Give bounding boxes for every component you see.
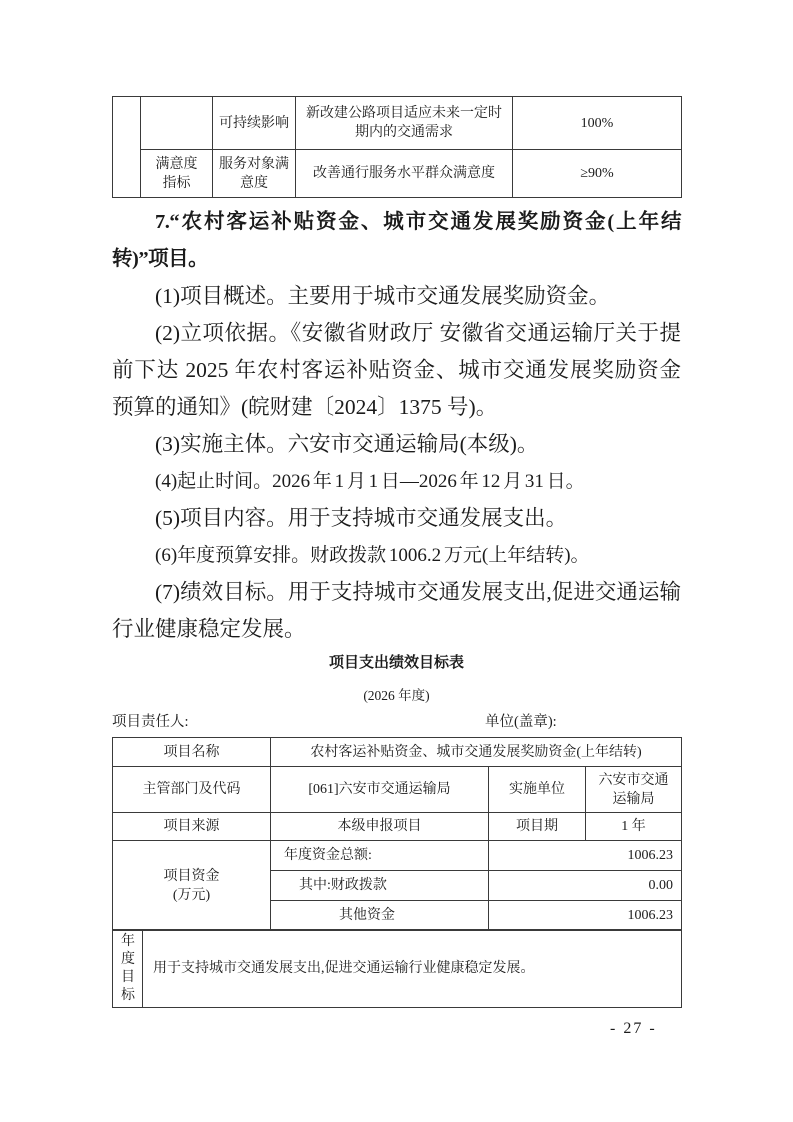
section-heading: 7.“农村客运补贴资金、城市交通发展奖励资金(上年结转)”项目。 <box>112 204 681 278</box>
source-label: 项目来源 <box>113 813 271 841</box>
dept-value: [061]六安市交通运输局 <box>271 767 489 813</box>
indicator-name-cell: 可持续影响 <box>213 97 296 150</box>
goal-table: 项目名称 农村客运补贴资金、城市交通发展奖励资金(上年结转) 主管部门及代码 [… <box>112 737 682 931</box>
indicator-table-fragment: 可持续影响 新改建公路项目适应未来一定时期内的交通需求 100% 满意度指标 服… <box>112 96 682 198</box>
project-name-value: 农村客运补贴资金、城市交通发展奖励资金(上年结转) <box>271 738 682 767</box>
unit-seal-label: 单位(盖章): <box>485 710 557 731</box>
annual-goal-label: 年度目标 <box>113 930 143 1008</box>
page-number: - 27 - <box>610 1020 657 1038</box>
indicator-description-cell: 改善通行服务水平群众满意度 <box>296 150 513 198</box>
paragraph-5: (5)项目内容。用于支持城市交通发展支出。 <box>112 500 681 537</box>
indicator-group-cell <box>141 97 213 150</box>
table-row: 满意度指标 服务对象满意度 改善通行服务水平群众满意度 ≥90% <box>113 150 682 198</box>
goal-table-meta: 项目责任人: 单位(盖章): <box>112 710 681 731</box>
table-row: 主管部门及代码 [061]六安市交通运输局 实施单位 六安市交通运输局 <box>113 767 682 813</box>
table-row: 项目来源 本级申报项目 项目期 1 年 <box>113 813 682 841</box>
paragraph-2: (2)立项依据。《安徽省财政厅 安徽省交通运输厅关于提前下达 2025 年农村客… <box>112 315 681 426</box>
paragraph-7: (7)绩效目标。用于支持城市交通发展支出,促进交通运输行业健康稳定发展。 <box>112 574 681 648</box>
funds-label: 项目资金 (万元) <box>113 841 271 931</box>
indicator-target-cell: 100% <box>513 97 682 150</box>
fund-fiscal-value: 0.00 <box>489 871 682 901</box>
source-value: 本级申报项目 <box>271 813 489 841</box>
section-body: 7.“农村客运补贴资金、城市交通发展奖励资金(上年结转)”项目。 (1)项目概述… <box>112 204 681 648</box>
fund-total-value: 1006.23 <box>489 841 682 871</box>
goal-table-title: 项目支出绩效目标表 <box>112 651 681 672</box>
period-label: 项目期 <box>489 813 586 841</box>
table-row: 项目名称 农村客运补贴资金、城市交通发展奖励资金(上年结转) <box>113 738 682 767</box>
period-value: 1 年 <box>586 813 682 841</box>
indicator-target-cell: ≥90% <box>513 150 682 198</box>
dept-label: 主管部门及代码 <box>113 767 271 813</box>
indicator-name-cell: 服务对象满意度 <box>213 150 296 198</box>
paragraph-3: (3)实施主体。六安市交通运输局(本级)。 <box>112 426 681 463</box>
impl-unit-value: 六安市交通运输局 <box>586 767 682 813</box>
fund-total-label: 年度资金总额: <box>271 841 489 871</box>
impl-unit-label: 实施单位 <box>489 767 586 813</box>
paragraph-1: (1)项目概述。主要用于城市交通发展奖励资金。 <box>112 278 681 315</box>
project-name-label: 项目名称 <box>113 738 271 767</box>
fund-fiscal-label: 其中:财政拨款 <box>271 871 489 901</box>
indicator-description-cell: 新改建公路项目适应未来一定时期内的交通需求 <box>296 97 513 150</box>
annual-goal-value: 用于支持城市交通发展支出,促进交通运输行业健康稳定发展。 <box>143 930 682 1008</box>
fund-other-label: 其他资金 <box>271 901 489 931</box>
responsible-person-label: 项目责任人: <box>112 714 189 730</box>
fund-other-value: 1006.23 <box>489 901 682 931</box>
annual-goal-row: 年度目标 用于支持城市交通发展支出,促进交通运输行业健康稳定发展。 <box>112 929 682 1008</box>
table-row: 项目资金 (万元) 年度资金总额: 1006.23 <box>113 841 682 871</box>
goal-table-year: (2026 年度) <box>112 684 681 704</box>
indicator-group-cell: 满意度指标 <box>141 150 213 198</box>
table-row: 可持续影响 新改建公路项目适应未来一定时期内的交通需求 100% <box>113 97 682 150</box>
indicator-spacer-cell <box>113 97 141 198</box>
table-row: 年度目标 用于支持城市交通发展支出,促进交通运输行业健康稳定发展。 <box>113 930 682 1008</box>
paragraph-4: (4)起止时间。2026 年 1 月 1 日—2026 年 12 月 31 日。 <box>112 463 681 500</box>
paragraph-6: (6)年度预算安排。财政拨款 1006.2 万元(上年结转)。 <box>112 537 681 574</box>
